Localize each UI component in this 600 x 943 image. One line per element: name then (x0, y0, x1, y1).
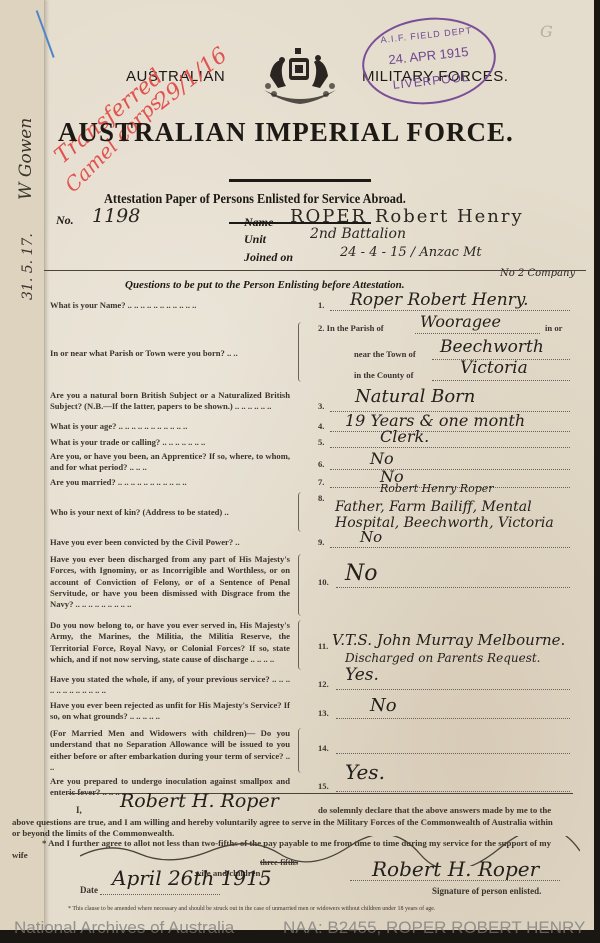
brace (298, 728, 305, 773)
question-1: What is your Name? .. .. .. .. .. .. .. … (50, 300, 290, 311)
date-value: April 26th 1915 (112, 866, 272, 890)
unit-label: Unit (244, 232, 266, 247)
question-10-number: 10. (318, 577, 329, 587)
answer-2-town: Beechworth (440, 337, 544, 357)
signature: Robert H. Roper (372, 857, 539, 881)
no-label: No. (56, 213, 74, 228)
answer-line (336, 689, 570, 690)
answer-15: Yes. (345, 760, 385, 784)
question-9-number: 9. (318, 537, 324, 547)
question-15-number: 15. (318, 781, 329, 791)
question-10: Have you ever been discharged from any p… (50, 554, 290, 610)
answer-5: Clerk. (380, 427, 429, 446)
question-6: Are you, or have you been, an Apprentice… (50, 451, 290, 474)
stamp-date: 24. APR 1915 (363, 41, 494, 70)
question-8: Who is your next of kin? (Address to be … (50, 507, 290, 518)
corner-mark: G (540, 22, 553, 41)
answer-12: Yes. (345, 665, 379, 685)
answer-line (336, 753, 570, 754)
question-5: What is your trade or calling? .. .. .. … (50, 437, 290, 448)
unit-value: 2nd Battalion (310, 226, 406, 242)
question-2: In or near what Parish or Town were you … (50, 348, 290, 359)
date-label: Date (80, 885, 98, 895)
question-7-number: 7. (318, 477, 324, 487)
page-title: AUSTRALIAN IMPERIAL FORCE. (58, 117, 514, 148)
answer-1: Roper Robert Henry. (350, 290, 529, 310)
question-2-number: 2. (318, 323, 324, 333)
answer-line (330, 469, 570, 470)
brace (298, 322, 305, 382)
question-3-number: 3. (318, 401, 324, 411)
margin-note-name: W Gowen (16, 118, 36, 200)
brace (298, 620, 305, 670)
brace (298, 554, 305, 616)
answer-line (330, 431, 570, 432)
answer-line (330, 310, 570, 311)
answer-2-county: Victoria (460, 358, 528, 378)
question-1-number: 1. (318, 300, 324, 310)
joined-label: Joined on (244, 250, 293, 265)
question-12: Have you stated the whole, if any, of yo… (50, 674, 290, 697)
name-value: ROPER Robert Henry (290, 206, 524, 227)
answer-8-line2: Father, Farm Bailiff, Mental (335, 499, 532, 515)
answer-13: No (370, 695, 397, 716)
coat-of-arms-icon (258, 46, 342, 110)
name-label: Name (244, 215, 273, 230)
answer-line (330, 447, 570, 448)
question-6-number: 6. (318, 459, 324, 469)
question-4: What is your age? .. .. .. .. .. .. .. .… (50, 421, 290, 432)
date-stamp: A.I.F. FIELD DEPT 24. APR 1915 LIVERPOOL (358, 11, 500, 111)
answer-11-line2: Discharged on Parents Request. (345, 651, 541, 665)
question-11: Do you now belong to, or have you ever s… (50, 620, 290, 665)
answer-10: No (345, 561, 378, 586)
joined-value: 24 - 4 - 15 / Anzac Mt (340, 245, 482, 260)
answer-8-line1: Robert Henry Roper (380, 482, 494, 495)
question-13: Have you ever been rejected as unfit for… (50, 700, 290, 723)
question-9: Have you ever been convicted by the Civi… (50, 537, 290, 548)
question-11-number: 11. (318, 641, 328, 651)
signature-label: Signature of person enlisted. (432, 886, 541, 896)
record-rule (44, 270, 586, 271)
answer-2-parish: Wooragee (420, 312, 501, 331)
declaration-text: do solemnly declare that the above answe… (12, 805, 560, 840)
question-12-number: 12. (318, 679, 329, 689)
footnote: * This clause to be amended where necess… (68, 906, 435, 912)
question-7: Are you married? .. .. .. .. .. .. .. ..… (50, 477, 290, 488)
answer-line (336, 718, 570, 719)
question-8-number: 8. (318, 493, 324, 503)
answer-line (336, 791, 570, 792)
folded-margin-strip: W Gowen 31. 5. 17. (0, 0, 45, 930)
watermark-archive: National Archives of Australia (14, 918, 234, 938)
date-line (100, 894, 220, 895)
question-4-number: 4. (318, 421, 324, 431)
answer-3: Natural Born (355, 386, 475, 407)
answer-11-line1: V.T.S. John Murray Melbourne. (332, 631, 565, 649)
answer-4: 19 Years & one month (345, 411, 525, 430)
title-rule (229, 179, 371, 182)
watermark-reference: NAA: B2455, ROPER ROBERT HENRY (283, 918, 585, 938)
no-value: 1198 (92, 205, 140, 227)
county-label: in the County of (354, 370, 413, 380)
brace (298, 492, 305, 532)
stamp-place: LIVERPOOL (366, 67, 497, 95)
question-3: Are you a natural born British Subject o… (50, 390, 290, 413)
attestation-paper: W Gowen 31. 5. 17. G AUSTRALIAN MILITARY… (0, 0, 594, 930)
answer-6: No (370, 449, 394, 468)
question-13-number: 13. (318, 708, 329, 718)
answer-line (336, 587, 570, 588)
answer-line (330, 547, 570, 548)
answer-line (415, 333, 540, 334)
question-14-number: 14. (318, 743, 329, 753)
answer-line (432, 380, 570, 381)
parish-label: In the Parish of (327, 323, 384, 333)
in-or-label: in or (545, 323, 562, 333)
town-label: near the Town of (354, 349, 416, 359)
answer-9: No (360, 528, 382, 546)
question-5-number: 5. (318, 437, 324, 447)
question-14: (For Married Men and Widowers with child… (50, 728, 290, 773)
margin-note-date: 31. 5. 17. (20, 233, 36, 300)
